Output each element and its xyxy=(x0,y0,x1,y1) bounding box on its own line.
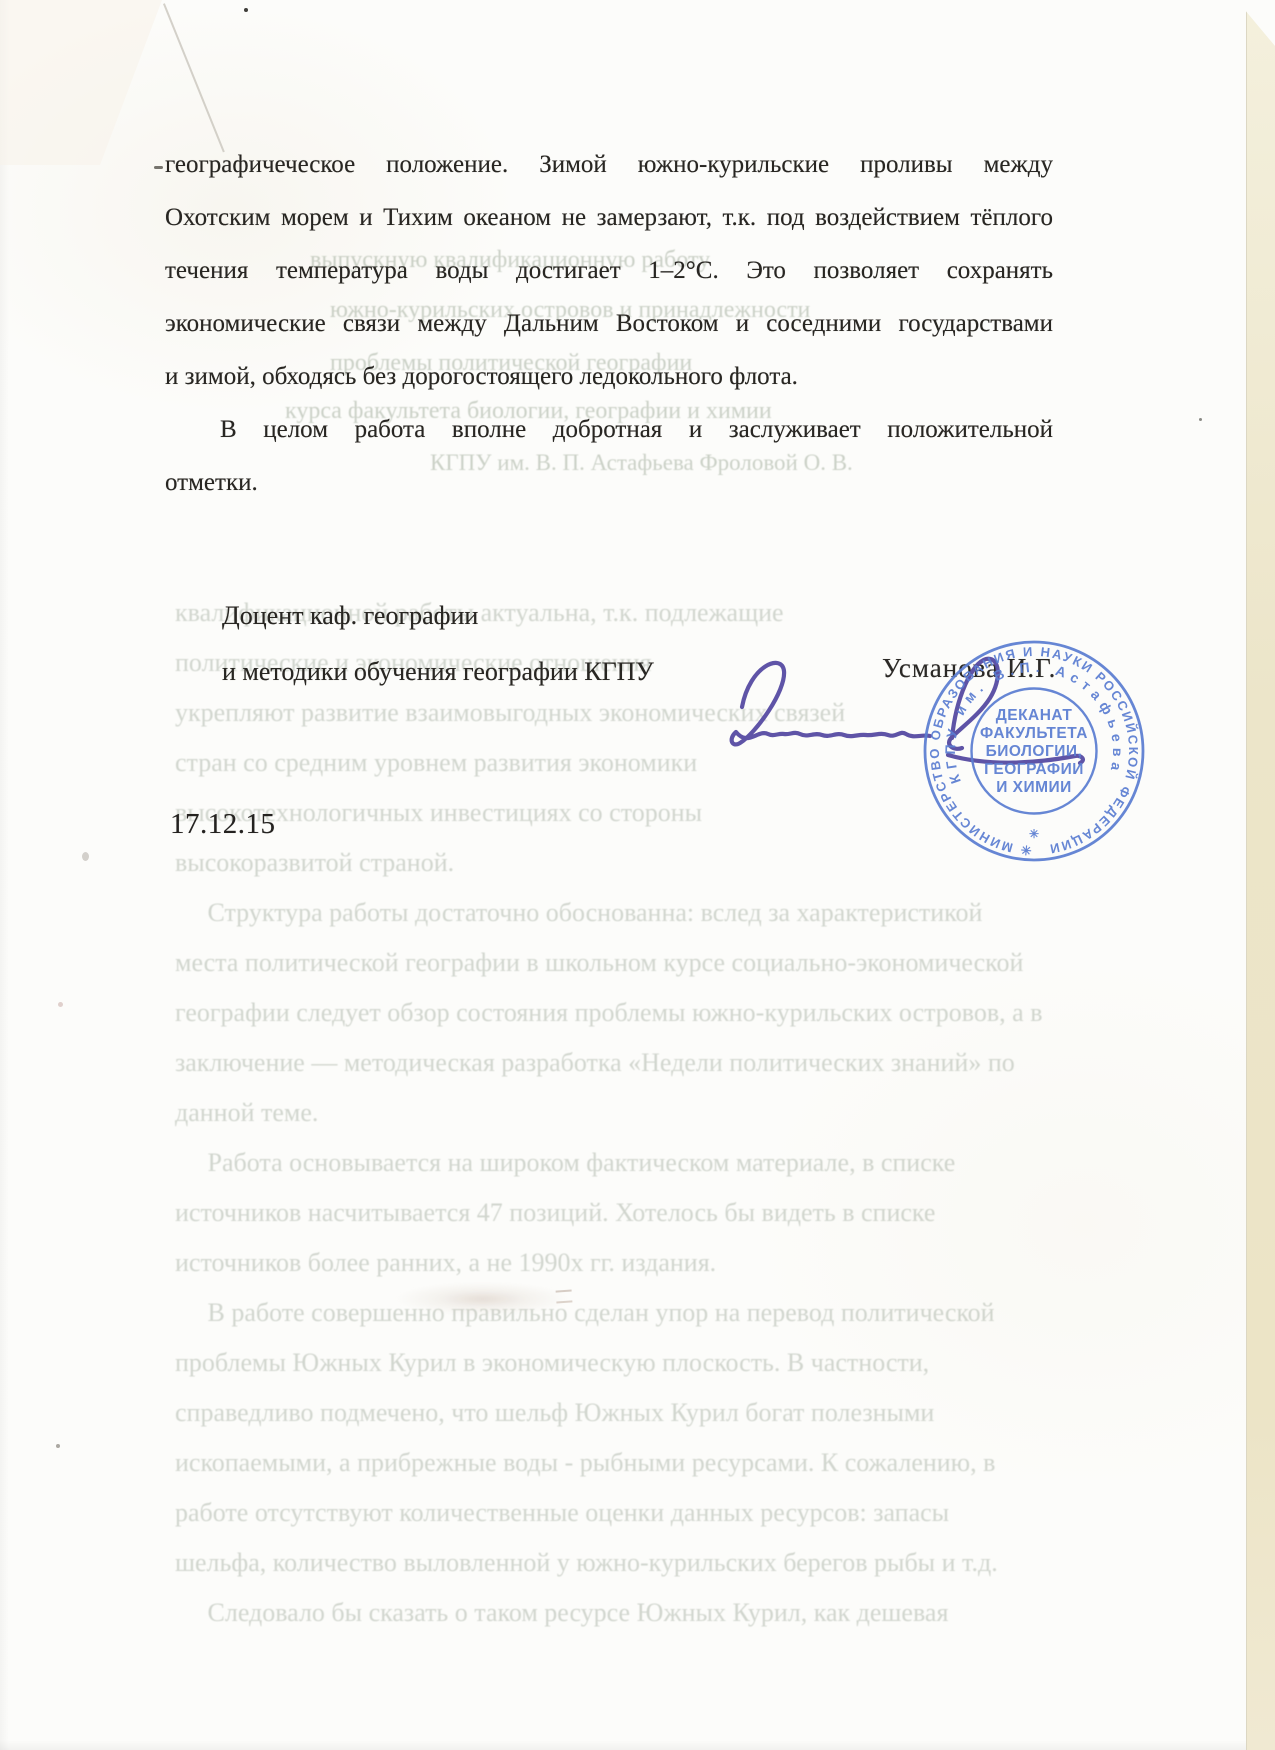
dust-speck xyxy=(56,1444,60,1448)
stamp-center-line: ДЕКАНАТ xyxy=(996,707,1073,724)
ghost-line: Работа основывается на широком фактическ… xyxy=(175,1138,1055,1188)
signer-title-line: и методики обучения географии КГПУ xyxy=(222,644,654,700)
paper-smudge xyxy=(395,1282,570,1316)
review-date: 17.12.15 xyxy=(170,808,276,841)
stamp-center-line: БИОЛОГИИ, xyxy=(986,743,1083,760)
ghost-line: Следовало бы сказать о таком ресурсе Южн… xyxy=(175,1588,1055,1638)
stamp-center-line: И ХИМИИ xyxy=(996,779,1072,796)
ghost-line: источников насчитывается 47 позиций. Хот… xyxy=(175,1188,1055,1238)
paragraph-line: и зимой, обходясь без дорогостоящего лед… xyxy=(165,350,1053,403)
ghost-line: проблемы Южных Курил в экономическую пло… xyxy=(175,1338,1055,1388)
ghost-line: справедливо подмечено, что шельф Южных К… xyxy=(175,1388,1055,1438)
dust-speck xyxy=(244,8,248,12)
paragraph-line: географичеческое положение. Зимой южно-к… xyxy=(165,138,1053,191)
paper-smudge-mark xyxy=(556,1289,573,1303)
top-left-fold-crease xyxy=(163,3,225,152)
review-body-text: географичеческое положение. Зимой южно-к… xyxy=(165,138,1053,509)
stamp-center-line: ГЕОГРАФИИ xyxy=(984,761,1084,778)
paragraph-line: отметки. xyxy=(165,456,1053,509)
ghost-line: В работе совершенно правильно сделан упо… xyxy=(175,1288,1055,1338)
ghost-line: шельфа, количество выловленной у южно-ку… xyxy=(175,1538,1055,1588)
stamp-center-line: ФАКУЛЬТЕТА xyxy=(980,725,1088,742)
dust-speck xyxy=(58,1002,63,1007)
signer-title-line: Доцент каф. географии xyxy=(222,588,654,644)
paragraph-line: В целом работа вполне добротная и заслуж… xyxy=(165,403,1053,456)
ghost-line: заключение — методическая разработка «Не… xyxy=(175,1038,1055,1088)
ghost-line: данной теме. xyxy=(175,1088,1055,1138)
ghost-line: географии следует обзор состояния пробле… xyxy=(175,988,1055,1038)
ghost-line: работе отсутствуют количественные оценки… xyxy=(175,1488,1055,1538)
ghost-line: места политической географии в школьном … xyxy=(175,938,1055,988)
paragraph-line: Охотским морем и Тихим океаном не замерз… xyxy=(165,191,1053,244)
stamp-ring-star: ✳ xyxy=(1029,827,1039,841)
ghost-line: ископаемыми, а прибрежные воды - рыбными… xyxy=(175,1438,1055,1488)
top-left-fold-area xyxy=(0,0,166,165)
ghost-line: источников более ранних, а не 1990х гг. … xyxy=(175,1238,1055,1288)
scanned-review-page: выпускную квалификационную работу южно-к… xyxy=(0,0,1275,1750)
signer-block: Доцент каф. географии и методики обучени… xyxy=(222,588,654,700)
paragraph-line: экономические связи между Дальним Восток… xyxy=(165,297,1053,350)
ghost-line: Структура работы достаточно обоснованна:… xyxy=(175,888,1055,938)
official-round-stamp: ✳ МИНИСТЕРСТВО ОБРАЗОВАНИЯ И НАУКИ РОССИ… xyxy=(913,630,1157,874)
paragraph-line: течения температура воды достигает 1–2°С… xyxy=(165,244,1053,297)
right-paper-edge xyxy=(1246,0,1275,1750)
dust-speck xyxy=(1199,418,1202,421)
stray-dash-mark xyxy=(154,166,163,169)
dust-speck xyxy=(82,852,89,861)
